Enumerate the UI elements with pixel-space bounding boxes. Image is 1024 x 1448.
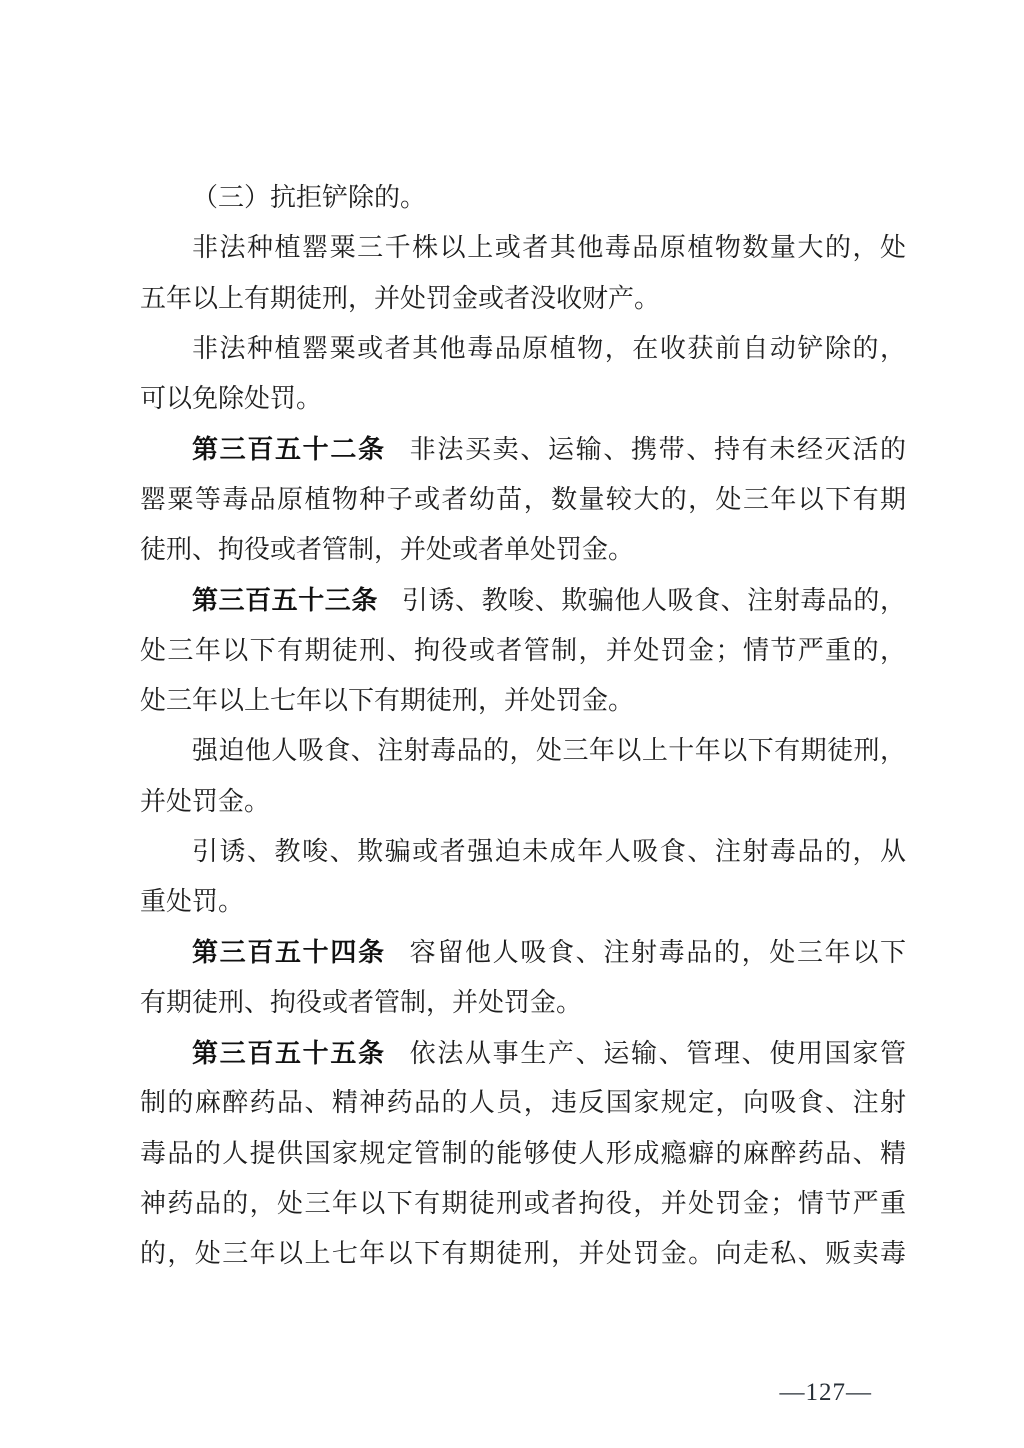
- line-text: 罂粟等毒品原植物种子或者幼苗，数量较大的，处三年以下有期: [140, 485, 906, 514]
- line-text: 重处罚。: [140, 887, 244, 916]
- article-line: 第三百五十四条容留他人吸食、注射毒品的，处三年以下: [140, 927, 906, 977]
- line-text: 并处罚金。: [140, 787, 270, 816]
- article-number-heading: 第三百五十五条: [192, 1038, 386, 1068]
- line-text: 非法种植罂粟或者其他毒品原植物，在收获前自动铲除的，: [192, 334, 906, 363]
- line-text: 可以免除处罚。: [140, 384, 322, 413]
- line-text: （三）抗拒铲除的。: [192, 183, 426, 212]
- line-text: 处三年以上七年以下有期徒刑，并处罚金。: [140, 686, 634, 715]
- line-text: 的，处三年以上七年以下有期徒刑，并处罚金。向走私、贩卖毒: [140, 1239, 906, 1268]
- legal-text-block: （三）抗拒铲除的。 非法种植罂粟三千株以上或者其他毒品原植物数量大的，处 五年以…: [140, 173, 906, 1280]
- line-text: 毒品的人提供国家规定管制的能够使人形成瘾癖的麻醉药品、精: [140, 1139, 906, 1168]
- text-line: 神药品的，处三年以下有期徒刑或者拘役，并处罚金；情节严重: [140, 1179, 906, 1229]
- line-text: 神药品的，处三年以下有期徒刑或者拘役，并处罚金；情节严重: [140, 1189, 906, 1218]
- line-text: 容留他人吸食、注射毒品的，处三年以下: [410, 938, 906, 967]
- text-line: 处三年以上七年以下有期徒刑，并处罚金。: [140, 676, 906, 726]
- document-page: （三）抗拒铲除的。 非法种植罂粟三千株以上或者其他毒品原植物数量大的，处 五年以…: [0, 0, 1024, 1448]
- line-text: 引诱、教唆、欺骗他人吸食、注射毒品的，: [402, 586, 906, 615]
- text-line: 重处罚。: [140, 877, 906, 927]
- text-line: 毒品的人提供国家规定管制的能够使人形成瘾癖的麻醉药品、精: [140, 1129, 906, 1179]
- article-line: 第三百五十五条依法从事生产、运输、管理、使用国家管: [140, 1028, 906, 1078]
- article-line: 第三百五十三条引诱、教唆、欺骗他人吸食、注射毒品的，: [140, 575, 906, 625]
- text-line: 非法种植罂粟三千株以上或者其他毒品原植物数量大的，处: [140, 223, 906, 273]
- text-line: 可以免除处罚。: [140, 374, 906, 424]
- article-number-heading: 第三百五十四条: [192, 937, 386, 967]
- text-line: 的，处三年以上七年以下有期徒刑，并处罚金。向走私、贩卖毒: [140, 1229, 906, 1279]
- line-text: 徒刑、拘役或者管制，并处或者单处罚金。: [140, 535, 634, 564]
- line-text: 强迫他人吸食、注射毒品的，处三年以上十年以下有期徒刑，: [192, 736, 906, 765]
- line-text: 非法买卖、运输、携带、持有未经灭活的: [410, 435, 906, 464]
- line-text: 非法种植罂粟三千株以上或者其他毒品原植物数量大的，处: [192, 233, 906, 262]
- text-line: （三）抗拒铲除的。: [140, 173, 906, 223]
- text-line: 制的麻醉药品、精神药品的人员，违反国家规定，向吸食、注射: [140, 1078, 906, 1128]
- article-line: 第三百五十二条非法买卖、运输、携带、持有未经灭活的: [140, 424, 906, 474]
- line-text: 引诱、教唆、欺骗或者强迫未成年人吸食、注射毒品的，从: [192, 837, 906, 866]
- text-line: 五年以上有期徒刑，并处罚金或者没收财产。: [140, 274, 906, 324]
- line-text: 依法从事生产、运输、管理、使用国家管: [410, 1039, 906, 1068]
- text-line: 非法种植罂粟或者其他毒品原植物，在收获前自动铲除的，: [140, 324, 906, 374]
- page-number: —127—: [780, 1379, 873, 1407]
- article-number-heading: 第三百五十二条: [192, 434, 386, 464]
- article-number-heading: 第三百五十三条: [192, 585, 378, 615]
- text-line: 徒刑、拘役或者管制，并处或者单处罚金。: [140, 525, 906, 575]
- line-text: 五年以上有期徒刑，并处罚金或者没收财产。: [140, 284, 660, 313]
- text-line: 罂粟等毒品原植物种子或者幼苗，数量较大的，处三年以下有期: [140, 475, 906, 525]
- text-line: 处三年以下有期徒刑、拘役或者管制，并处罚金；情节严重的，: [140, 626, 906, 676]
- text-line: 强迫他人吸食、注射毒品的，处三年以上十年以下有期徒刑，: [140, 726, 906, 776]
- text-line: 并处罚金。: [140, 777, 906, 827]
- line-text: 制的麻醉药品、精神药品的人员，违反国家规定，向吸食、注射: [140, 1088, 906, 1117]
- line-text: 有期徒刑、拘役或者管制，并处罚金。: [140, 988, 582, 1017]
- line-text: 处三年以下有期徒刑、拘役或者管制，并处罚金；情节严重的，: [140, 636, 906, 665]
- text-line: 有期徒刑、拘役或者管制，并处罚金。: [140, 978, 906, 1028]
- text-line: 引诱、教唆、欺骗或者强迫未成年人吸食、注射毒品的，从: [140, 827, 906, 877]
